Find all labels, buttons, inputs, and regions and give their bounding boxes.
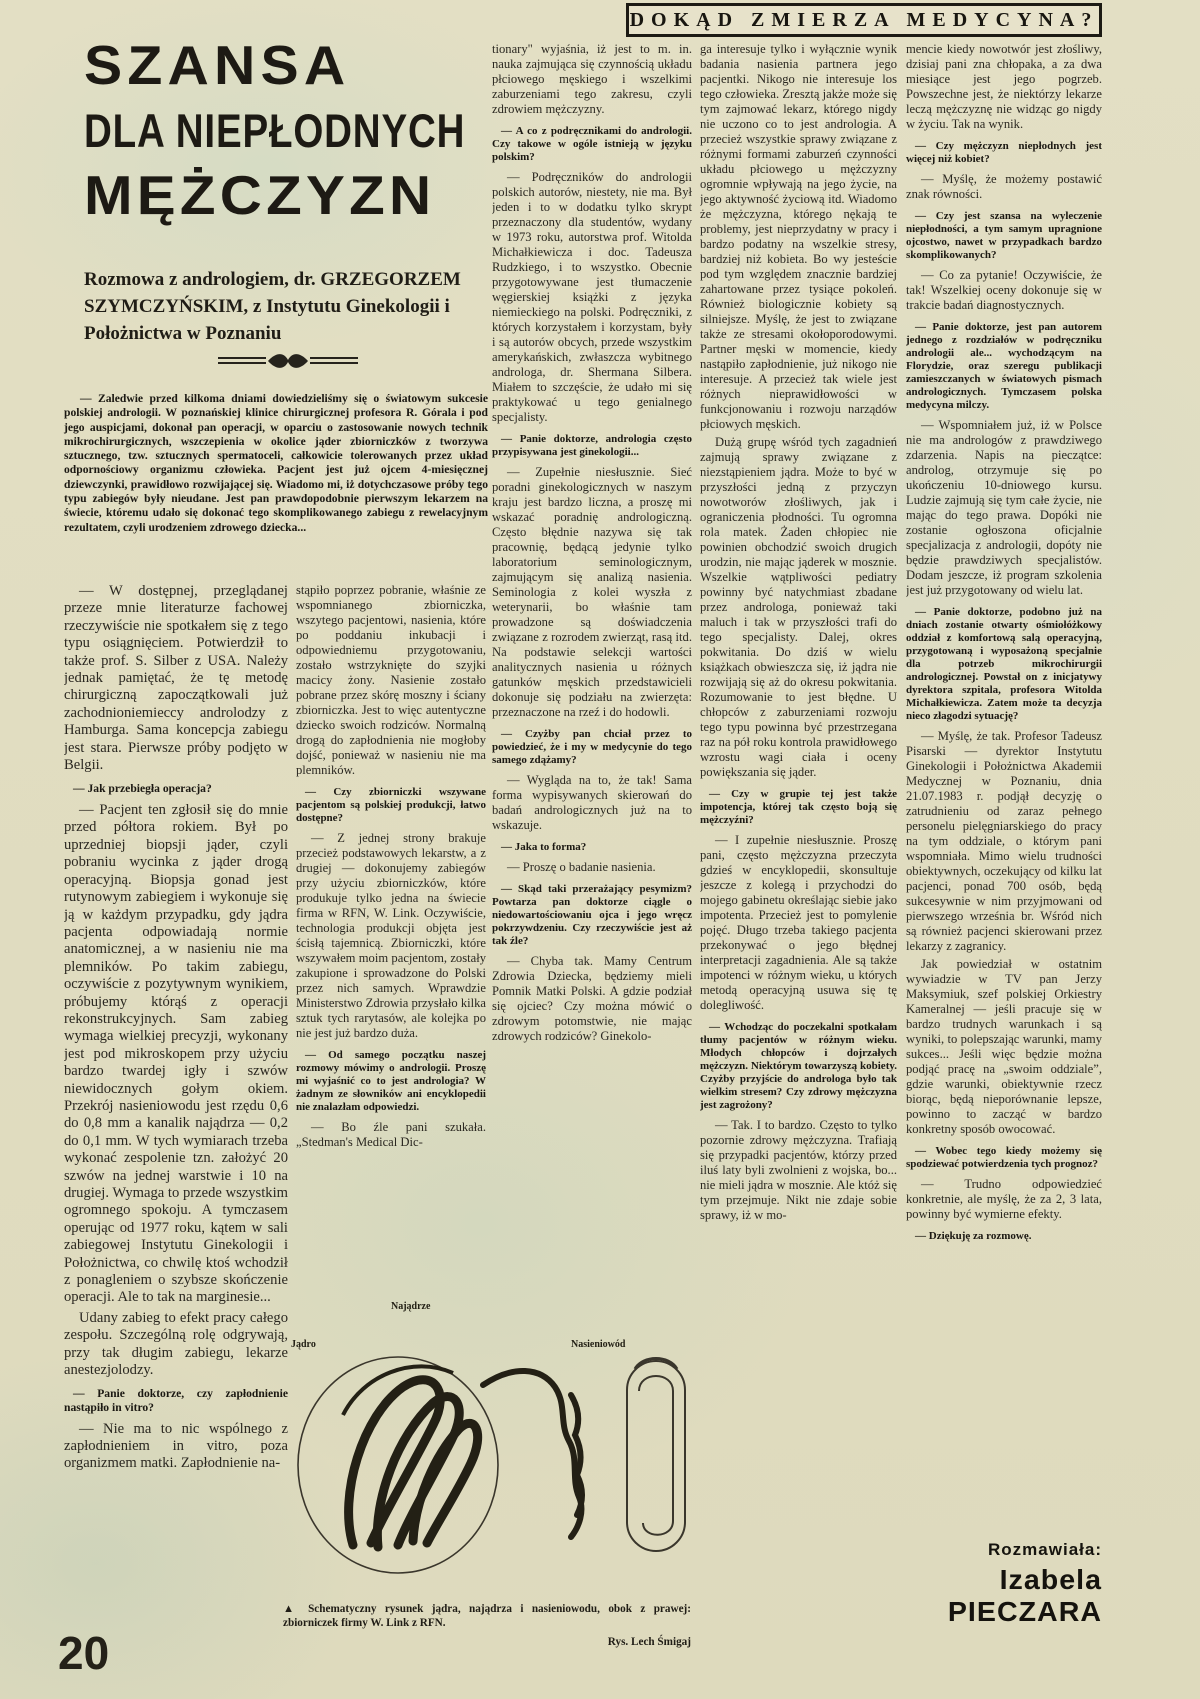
answer-paragraph: stąpiło poprzez pobranie, właśnie ze wsp… <box>296 583 486 778</box>
figure-label-testis: Jądro <box>291 1339 316 1350</box>
answer-paragraph: — Wspomniałem już, iż w Polsce nie ma an… <box>906 418 1102 598</box>
anatomy-illustration: Najądrze Jądro Nasieniowód <box>283 1295 700 1595</box>
page-number: 20 <box>58 1626 109 1680</box>
lead-paragraph: — Zaledwie przed kilkoma dniami dowiedzi… <box>64 392 488 535</box>
question-paragraph: — Czy zbiorniczki wszywane pacjentom są … <box>296 786 486 825</box>
figure-caption: ▲ Schematyczny rysunek jądra, najądrza i… <box>283 1602 691 1630</box>
answer-paragraph: ga interesuje tylko i wyłącznie wynik ba… <box>700 42 897 432</box>
byline-author-name: Izabela PIECZARA <box>886 1564 1102 1628</box>
question-paragraph: — Wchodząc do poczekalni spotkałam tłumy… <box>700 1021 897 1112</box>
figure-label-epididymis: Najądrze <box>391 1301 431 1312</box>
answer-paragraph: — Z jednej strony brakuje przecież podst… <box>296 831 486 1041</box>
question-paragraph: — Dziękuję za rozmowę. <box>906 1230 1102 1243</box>
question-paragraph: — Jak przebiegła operacja? <box>64 782 288 796</box>
answer-paragraph: — Pacjent ten zgłosił się do mnie przed … <box>64 802 288 1307</box>
title-line-1: SZANSA <box>84 38 500 93</box>
title-line-3: MĘŻCZYZN <box>84 168 508 223</box>
question-paragraph: — Czy mężczyzn niepłodnych jest więcej n… <box>906 140 1102 166</box>
question-paragraph: — Skąd taki przerażający pesymizm? Powta… <box>492 883 692 948</box>
answer-paragraph: — Tak. I to bardzo. Często to tylko pozo… <box>700 1118 897 1223</box>
title-line-2: DLA NIEPŁODNYCH <box>84 107 412 154</box>
answer-paragraph: — Podręczników do andrologii polskich au… <box>492 170 692 425</box>
answer-paragraph: — Myślę, że tak. Profesor Tadeusz Pisars… <box>906 729 1102 954</box>
question-paragraph: — A co z podręcznikami do andrologii. Cz… <box>492 125 692 164</box>
answer-paragraph: — Proszę o badanie nasienia. <box>492 860 692 875</box>
question-paragraph: — Panie doktorze, czy zapłodnienie nastą… <box>64 1387 288 1414</box>
answer-paragraph: — Bo źle pani szukała. „Stedman's Medica… <box>296 1120 486 1150</box>
answer-paragraph: Dużą grupę wśród tych zagadnień zajmują … <box>700 435 897 780</box>
answer-paragraph: Udany zabieg to efekt pracy całego zespo… <box>64 1310 288 1380</box>
figure-label-vas-deferens: Nasieniowód <box>571 1339 626 1350</box>
answer-paragraph: — Zupełnie niesłusznie. Sieć poradni gin… <box>492 465 692 720</box>
answer-paragraph: — Trudno odpowiedzieć konkretnie, ale my… <box>906 1177 1102 1222</box>
answer-paragraph: tionary" wyjaśnia, iż jest to m. in. nau… <box>492 42 692 117</box>
question-paragraph: — Czy jest szansa na wyleczenie niepłodn… <box>906 210 1102 262</box>
section-kicker: DOKĄD ZMIERZA MEDYCYNA? <box>626 3 1102 37</box>
kicker-text: DOKĄD ZMIERZA MEDYCYNA? <box>630 9 1099 32</box>
answer-paragraph: — W dostępnej, przeglądanej przeze mnie … <box>64 583 288 774</box>
answer-paragraph: — Myślę, że możemy postawić znak równośc… <box>906 172 1102 202</box>
question-paragraph: — Jaka to forma? <box>492 841 692 854</box>
answer-paragraph: — Wygląda na to, że tak! Sama forma wypi… <box>492 773 692 833</box>
answer-paragraph: — Chyba tak. Mamy Centrum Zdrowia Dzieck… <box>492 954 692 1044</box>
question-paragraph: — Czy w grupie tej jest także impotencja… <box>700 788 897 827</box>
text-column-3: tionary" wyjaśnia, iż jest to m. in. nau… <box>492 42 692 1258</box>
article-title: SZANSA DLA NIEPŁODNYCH MĘŻCZYZN <box>84 38 484 223</box>
article-subtitle: Rozmowa z andrologiem, dr. GRZEGORZEM SZ… <box>84 266 496 347</box>
answer-paragraph: — Nie ma to nic wspólnego z zapłodnienie… <box>64 1421 288 1473</box>
text-column-4: ga interesuje tylko i wyłącznie wynik ba… <box>700 42 897 1694</box>
answer-paragraph: Jak powiedział w ostatnim wywiadzie w TV… <box>906 957 1102 1137</box>
question-paragraph: — Panie doktorze, andrologia często przy… <box>492 433 692 459</box>
text-column-1: — W dostępnej, przeglądanej przeze mnie … <box>64 583 288 1623</box>
text-column-2: stąpiło poprzez pobranie, właśnie ze wsp… <box>296 583 486 1345</box>
byline-label: Rozmawiała: <box>890 1540 1102 1560</box>
question-paragraph: — Wobec tego kiedy możemy się spodziewać… <box>906 1145 1102 1171</box>
question-paragraph: — Panie doktorze, jest pan autorem jedne… <box>906 321 1102 412</box>
question-paragraph: — Panie doktorze, podobno już na dniach … <box>906 606 1102 723</box>
question-paragraph: — Od samego początku naszej rozmowy mówi… <box>296 1049 486 1114</box>
newspaper-page: DOKĄD ZMIERZA MEDYCYNA? SZANSA DLA NIEPŁ… <box>0 0 1200 1699</box>
answer-paragraph: — I zupełnie niesłusznie. Proszę pani, c… <box>700 833 897 1013</box>
answer-paragraph: mencie kiedy nowotwór jest złośliwy, dzi… <box>906 42 1102 132</box>
figure-credit: Rys. Lech Śmigaj <box>283 1636 691 1648</box>
byline: Rozmawiała: Izabela PIECZARA <box>890 1540 1102 1628</box>
divider-ornament-icon <box>218 350 358 372</box>
answer-paragraph: — Co za pytanie! Oczywiście, że tak! Wsz… <box>906 268 1102 313</box>
question-paragraph: — Czyżby pan chciał przez to powiedzieć,… <box>492 728 692 767</box>
text-column-5: mencie kiedy nowotwór jest złośliwy, dzi… <box>906 42 1102 1538</box>
